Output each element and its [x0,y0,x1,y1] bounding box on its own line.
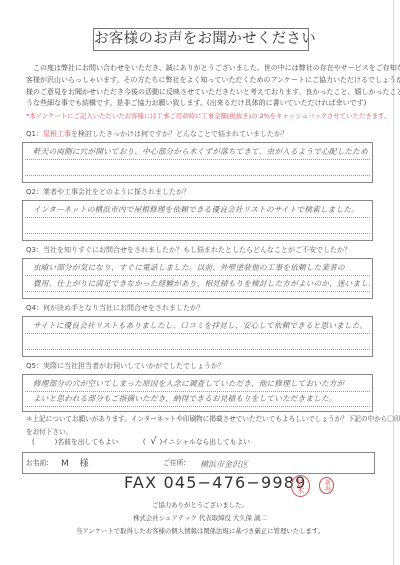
consent-option-name[interactable]: ()名前を出してもよい [32,436,118,446]
customer-info-box: お名前: M 様 ご住所: 横浜市金沢区 [22,452,375,474]
page-title: お客様のお声をお聞かせください [93,28,309,51]
question-number: Q5： [26,362,43,370]
answer-line [25,219,370,234]
answer-line: インターネットの横浜市内で屋根修理を依頼できる優良会社リストのサイトで検索しまし… [25,203,370,218]
answer-line: サイトに優良会社リストもありましたし、口コミを拝見し、安心して依頼できると思いま… [25,319,370,334]
intro-line: 様のご意見をお聞かせいただき今後の活動に反映させていただきたいと考えております。… [26,87,376,99]
question-2-answer-box[interactable]: インターネットの横浜市内で屋根修理を依頼できる優良会社リストのサイトで検索しまし… [22,200,373,241]
intro-line: この度は弊社にお問い合わせをいただき、誠にありがとうございました。世の中には弊社… [26,63,376,75]
question-3-answer-box[interactable]: 虫喰い部分が気になり、すぐに電話しました。以前、外壁塗装他の工事を依頼した業者の… [22,258,373,299]
name-label: お名前: [26,457,49,467]
question-number: Q4： [26,304,43,312]
question-number: Q3： [26,246,43,254]
question-4-answer-box[interactable]: サイトに優良会社リストもありましたし、口コミを拝見し、安心して依頼できると思いま… [22,316,373,357]
address-label: ご住所: [163,457,186,467]
question-2-label: Q2：業者や工事会社をどのように探されましたか？ [26,187,190,197]
question-1-label: Q1：屋根工事を検討したきっかけは何ですか？どんなことで悩まれていましたか？ [26,129,288,139]
name-value: M [61,459,69,469]
seal-stamp-1: 鈴木 [291,475,310,497]
scan-edge-line [393,0,394,565]
consent-options: ()名前を出してもよい (√)イニシャルなら出してもよい [32,436,250,447]
answer-line: よいと思われる部分もご指摘いただき、納得できるお見積もりをしていただきました。 [25,392,370,407]
company-signature: 株式会社シェアテック 代表取締役 大久保 誠二 [0,513,400,522]
answer-line [25,161,370,176]
seal-text: 新海 [324,479,330,491]
question-text: 当社を知りすぐにお問合せをされましたか？もし悩まれたとしたらどんなことがご不安で… [43,246,351,254]
name-field[interactable]: M 様 [61,456,89,469]
privacy-notice: 当アンケートで取得したお客様の個人情報は関係法規に基づき厳正に管理いたします。 [0,526,400,535]
question-5-answer-box[interactable]: 修理部分の穴が空いてしまった原因を入念に調査していただき、他に修理しておいた方が… [22,374,373,412]
fax-number: FAX 045−476−9989 [124,473,307,492]
thanks-text: ご協力ありがとうございました。 [0,500,400,509]
intro-text: この度は弊社にお問い合わせをいただき、誠にありがとうございました。世の中には弊社… [26,63,376,110]
question-text: 業者や工事会社をどのように探されましたか？ [43,188,190,196]
question-5-label: Q5：実際に当社担当者がお伺いしていかがでしたでしょうか？ [26,361,225,371]
seal-text: 鈴木 [297,479,305,494]
address-field[interactable]: 横浜市金沢区 [200,459,248,470]
question-1-answer-box[interactable]: 軒天の両側に穴が開いており、中心部分から木くずが落ちてきて、虫が入るようで心配し… [22,142,373,183]
answer-line [25,335,370,350]
question-text: 何が決め手となり当社にお問合せをされましたか？ [43,304,204,312]
answer-line: 虫喰い部分が気になり、すぐに電話しました。以前、外壁塗装他の工事を依頼した業者の [25,261,370,276]
consent-label-name: 名前を出してもよい [57,436,118,446]
question-4-label: Q4：何が決め手となり当社にお問合せをされましたか？ [26,303,204,313]
question-text: を検討したきっかけは何ですか？どんなことで悩まれていましたか？ [71,130,288,138]
answer-line: 費用、仕上がりに満足できなかった経験があり、相見積もりを検討した方がよいのか、迷… [25,277,370,292]
question-3-label: Q3：当社を知りすぐにお問合せをされましたか？もし悩まれたとしたらどんなことがご… [26,245,351,255]
question-highlight: 屋根工事 [43,130,71,138]
question-number: Q1： [26,130,43,138]
consent-option-initial[interactable]: (√)イニシャルなら出してもよい [143,436,250,447]
checkbox-initial[interactable]: √ [147,436,159,447]
answer-line: 修理部分の穴が空いてしまった原因を入念に調査していただき、他に修理しておいた方が [25,377,370,392]
answer-line: 軒天の両側に穴が開いており、中心部分から木くずが落ちてきて、虫が入るようで心配し… [25,145,370,160]
cashback-notice: *本アンケートにご記入いただいたお客様には工事ご用命時に工事金額(税抜き)の 2… [26,111,390,120]
intro-line: うな些細な事でも結構です。是非ご協力お願い致します。(出来るだけ具体的に書いてい… [26,98,376,110]
publish-note-line: ＊上記についてお願いがあります。インターネットや印刷物に掲載させていただいてもよ… [26,413,386,426]
consent-label-initial: イニシャルなら出してもよい [162,436,250,446]
question-text: 実際に当社担当者がお伺いしていかがでしたでしょうか？ [43,362,225,370]
question-number: Q2： [26,188,43,196]
seal-stamp-2: 新海 [319,477,334,494]
intro-line: 客様が沢山いらっしゃいます。その方たちに弊社をよく知っていただくためのアンケート… [26,75,376,87]
name-suffix: 様 [80,459,89,469]
